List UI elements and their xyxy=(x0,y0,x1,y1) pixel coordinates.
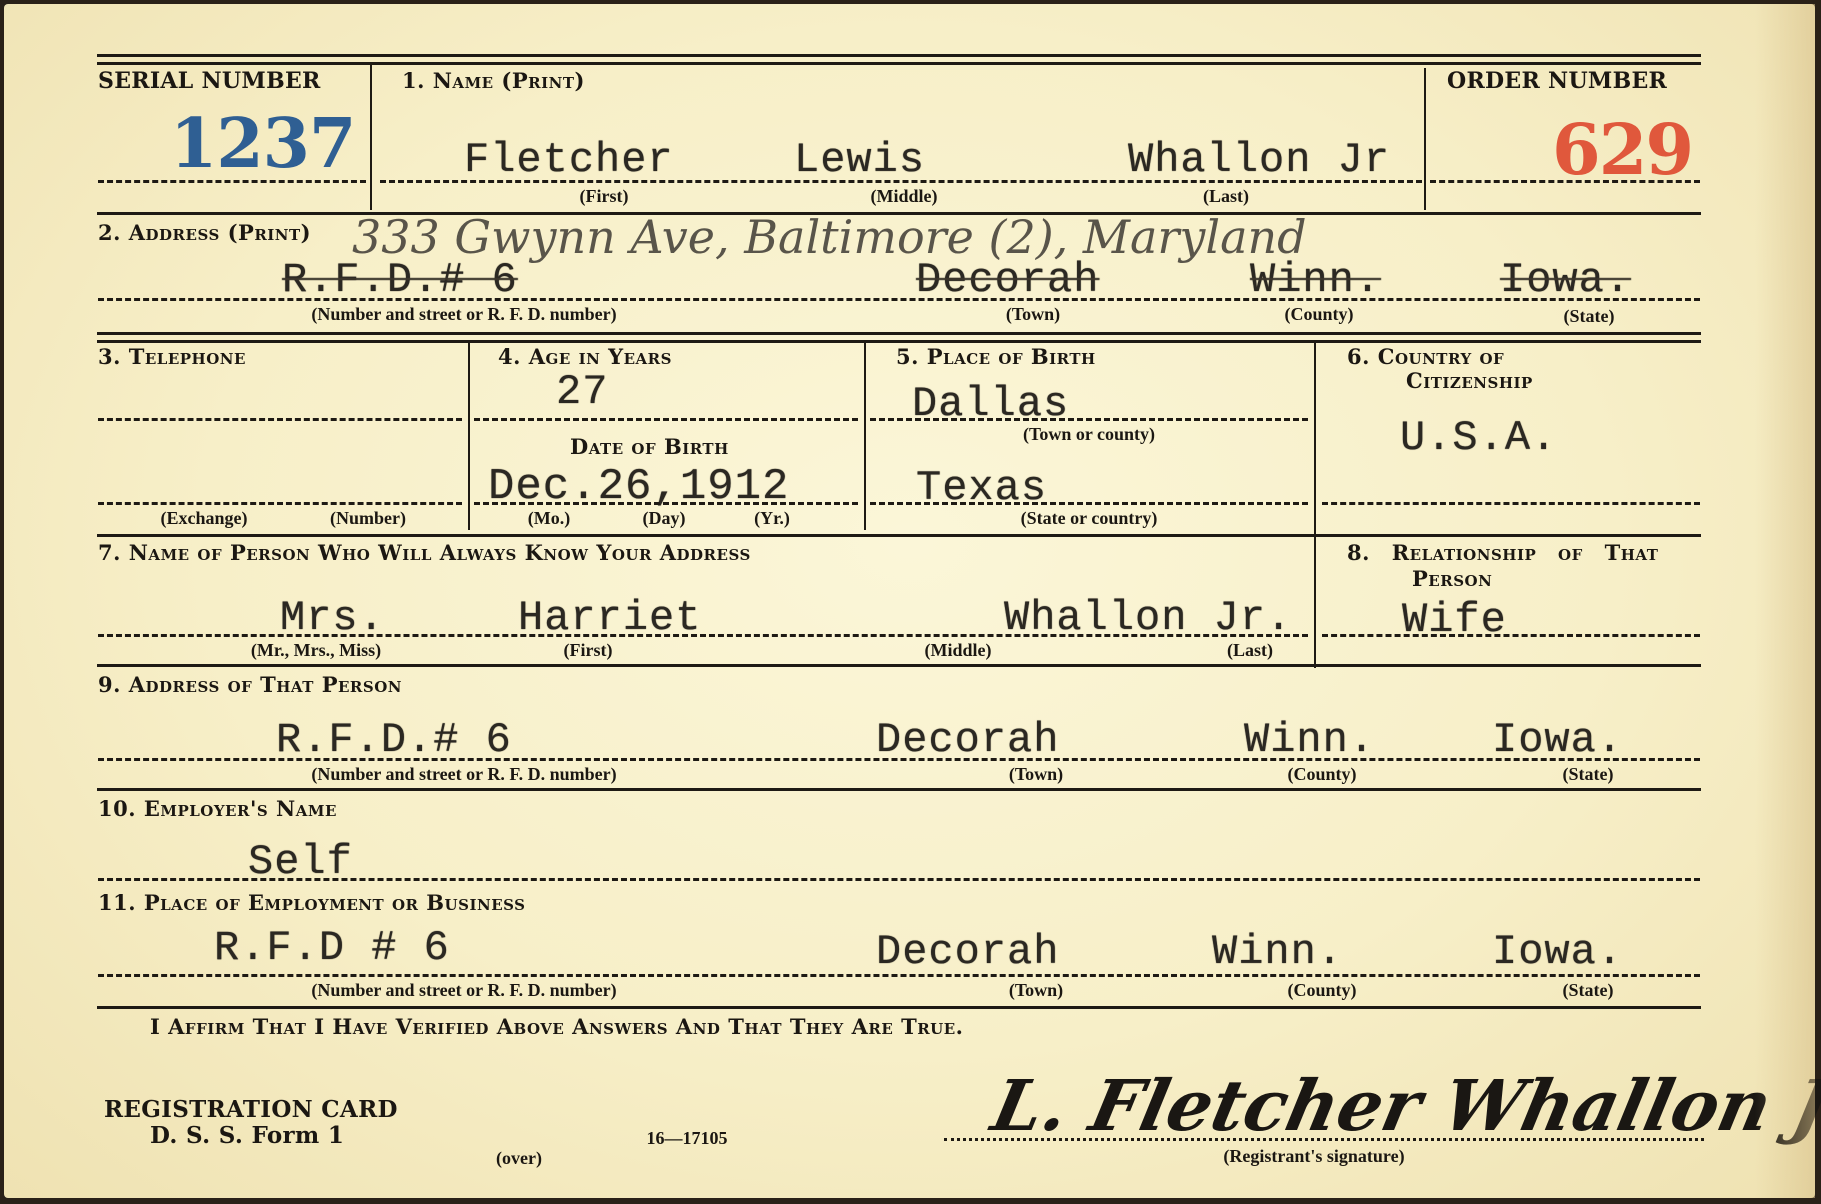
age-line xyxy=(474,418,858,421)
address-county: Winn. xyxy=(1250,256,1381,304)
birthplace-state-line xyxy=(870,502,1308,505)
serial-number-value: 1237 xyxy=(170,104,355,184)
top-rule xyxy=(97,54,1701,57)
relationship-label-2: Person xyxy=(1412,566,1492,591)
employer-line xyxy=(98,878,1700,881)
order-divider xyxy=(1424,68,1426,210)
name-last: Whallon Jr xyxy=(1128,136,1390,184)
citizenship-line xyxy=(1322,502,1700,505)
employment-county: Winn. xyxy=(1212,928,1343,976)
name-sub-last: (Last) xyxy=(1203,186,1249,207)
order-number-line xyxy=(1430,180,1700,183)
employer-label: 10. Employer's Name xyxy=(98,796,337,821)
contact-address-street: R.F.D.# 6 xyxy=(276,716,512,764)
contact-sub-first: (First) xyxy=(564,640,613,661)
age-divider xyxy=(864,342,866,530)
name-middle: Lewis xyxy=(794,136,925,184)
telephone-label: 3. Telephone xyxy=(98,344,246,369)
relationship-label-1: 8. Relationship of That xyxy=(1347,540,1658,565)
address-sub-town: (Town) xyxy=(1006,304,1060,325)
name-sub-middle: (Middle) xyxy=(871,186,938,207)
signature-label: (Registrant's signature) xyxy=(1223,1146,1404,1167)
form-name: D. S. S. Form 1 xyxy=(150,1122,344,1149)
address-line xyxy=(98,298,1700,301)
citizenship-label-2: Citizenship xyxy=(1406,368,1533,393)
over-note: (over) xyxy=(496,1148,542,1169)
contact-person-label: 7. Name of Person Who Will Always Know Y… xyxy=(98,540,751,565)
employment-line xyxy=(98,974,1700,977)
age-label: 4. Age in Years xyxy=(498,344,672,369)
birthplace-town-line xyxy=(870,418,1308,421)
employment-state: Iowa. xyxy=(1492,928,1623,976)
employment-sub-county: (County) xyxy=(1287,980,1356,1001)
contact-address-label: 9. Address of That Person xyxy=(98,672,402,697)
contact-line xyxy=(98,634,1308,637)
order-number-label: ORDER NUMBER xyxy=(1447,68,1667,94)
address-street: R.F.D.# 6 xyxy=(282,256,518,304)
affirmation-text: I Affirm That I Have Verified Above Answ… xyxy=(150,1014,964,1039)
citizenship-label-1: 6. Country of xyxy=(1347,344,1504,369)
name-sub-first: (First) xyxy=(580,186,629,207)
citizenship-value: U.S.A. xyxy=(1400,414,1557,462)
contact-address-sub-town: (Town) xyxy=(1009,764,1063,785)
birthplace-sub-state: (State or country) xyxy=(1021,508,1158,529)
employment-sub-town: (Town) xyxy=(1009,980,1063,1001)
signature-line xyxy=(944,1138,1704,1141)
contact-address-line xyxy=(98,758,1700,761)
age-value: 27 xyxy=(556,368,608,416)
row2-bottom-rule-2 xyxy=(97,340,1701,343)
row2-bottom-rule xyxy=(97,332,1701,335)
row11-bottom-rule xyxy=(97,1006,1701,1009)
telephone-sub-exchange: (Exchange) xyxy=(161,508,248,529)
contact-address-state: Iowa. xyxy=(1492,716,1623,764)
contact-address-sub-county: (County) xyxy=(1287,764,1356,785)
relationship-line xyxy=(1322,634,1700,637)
name-line xyxy=(380,180,1422,183)
top-rule-2 xyxy=(97,62,1701,65)
row9-bottom-rule xyxy=(97,788,1701,791)
address-state: Iowa. xyxy=(1500,256,1631,304)
birthplace-divider xyxy=(1314,342,1316,668)
contact-address-sub-street: (Number and street or R. F. D. number) xyxy=(311,764,616,785)
telephone-line-1 xyxy=(98,418,462,421)
serial-divider xyxy=(370,64,372,210)
form-code: 16—17105 xyxy=(647,1128,728,1149)
employment-sub-street: (Number and street or R. F. D. number) xyxy=(311,980,616,1001)
contact-address-county: Winn. xyxy=(1244,716,1375,764)
registration-card: SERIAL NUMBER 1237 1. Name (Print) Fletc… xyxy=(4,4,1815,1198)
telephone-line-2 xyxy=(98,502,462,505)
registration-card-title: REGISTRATION CARD xyxy=(104,1096,398,1123)
address-sub-county: (County) xyxy=(1284,304,1353,325)
birthplace-label: 5. Place of Birth xyxy=(896,344,1096,369)
contact-address-town: Decorah xyxy=(876,716,1059,764)
employment-sub-state: (State) xyxy=(1563,980,1614,1001)
birthplace-sub-town: (Town or county) xyxy=(1023,424,1155,445)
name-first: Fletcher xyxy=(464,136,674,184)
address-sub-street: (Number and street or R. F. D. number) xyxy=(311,304,616,325)
row3-bottom-rule xyxy=(97,534,1701,537)
employment-town: Decorah xyxy=(876,928,1059,976)
row7-bottom-rule xyxy=(97,664,1701,667)
address-town: Decorah xyxy=(916,256,1099,304)
employment-place-label: 11. Place of Employment or Business xyxy=(98,890,525,915)
serial-number-line xyxy=(98,180,366,183)
dob-label: Date of Birth xyxy=(570,434,729,459)
address-label: 2. Address (Print) xyxy=(98,220,311,245)
registrant-signature: L. Fletcher Whallon Jr. xyxy=(985,1064,1821,1147)
dob-sub-mo: (Mo.) xyxy=(528,508,570,529)
dob-sub-day: (Day) xyxy=(643,508,686,529)
contact-sub-middle: (Middle) xyxy=(925,640,992,661)
order-number-value: 629 xyxy=(1552,108,1692,191)
dob-line xyxy=(474,502,858,505)
address-sub-state: (State) xyxy=(1564,306,1615,327)
contact-sub-title: (Mr., Mrs., Miss) xyxy=(251,640,381,661)
dob-sub-yr: (Yr.) xyxy=(754,508,790,529)
contact-address-sub-state: (State) xyxy=(1563,764,1614,785)
name-label: 1. Name (Print) xyxy=(402,68,585,93)
telephone-sub-number: (Number) xyxy=(330,508,406,529)
contact-sub-last: (Last) xyxy=(1227,640,1273,661)
serial-number-label: SERIAL NUMBER xyxy=(98,68,321,94)
employment-street: R.F.D # 6 xyxy=(214,924,450,972)
telephone-divider xyxy=(468,342,470,530)
